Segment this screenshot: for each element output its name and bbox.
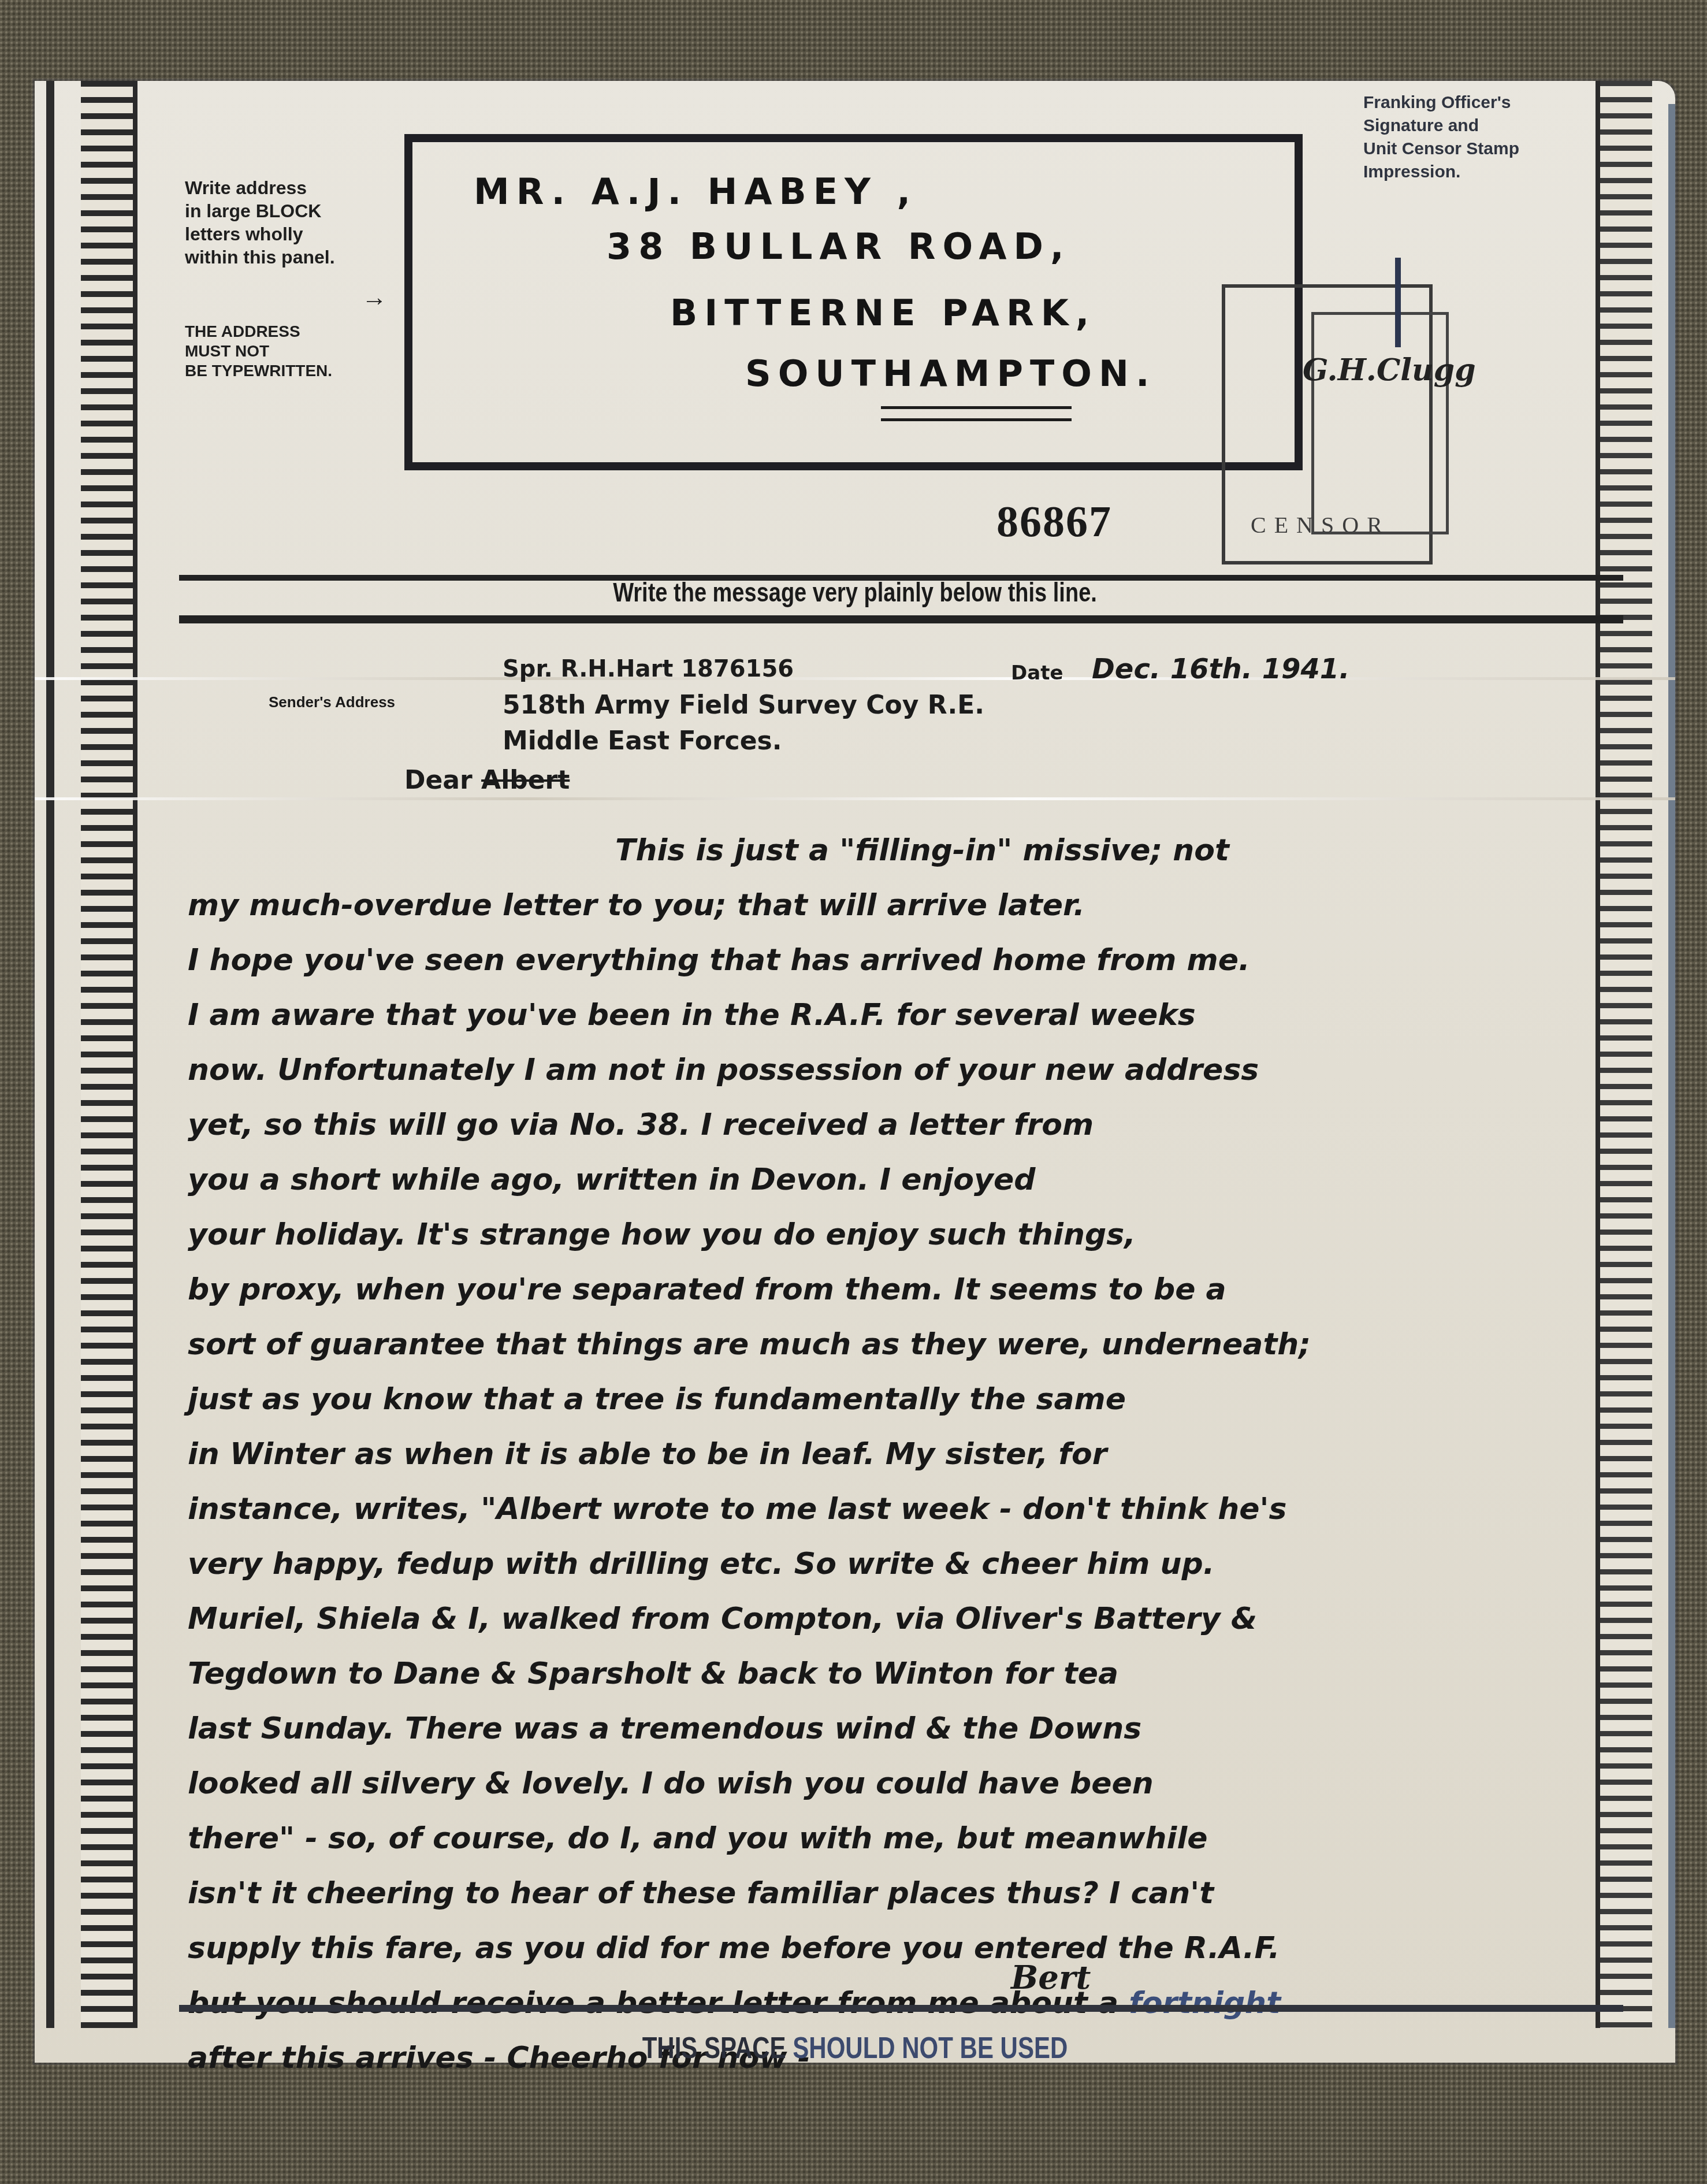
recipient-name: MR. A.J. HABEY , [474,170,917,213]
letter-line: there" - so, of course, do I, and you wi… [188,1811,1493,1866]
letter-line: supply this fare, as you did for me befo… [188,1921,1493,1976]
censor-label: CENSOR [1251,511,1390,538]
footer-note: THIS SPACE SHOULD NOT BE USED [35,2030,1675,2065]
letter-line: but you should receive a better letter f… [188,1976,1493,2031]
letter-body: This is just a "filling-in" missive; not… [188,823,1493,2086]
letter-line: last Sunday. There was a tremendous wind… [188,1702,1493,1756]
letter-line: sort of guarantee that things are much a… [188,1317,1493,1372]
letter-line: in Winter as when it is able to be in le… [188,1427,1493,1482]
footer-note-part1: THIS SPACE [642,2030,793,2064]
letter-line: Muriel, Shiela & I, walked from Compton,… [188,1592,1493,1647]
town-double-underline [881,406,1072,421]
warning-line: MUST NOT [185,341,387,361]
franking-line: Franking Officer's [1363,91,1554,114]
franking-note: Franking Officer's Signature and Unit Ce… [1363,91,1554,184]
sender-address: 518th Army Field Survey Coy R.E. Middle … [503,688,984,759]
franking-line: Signature and [1363,114,1554,138]
letter-date: Dec. 16th. 1941. [1092,653,1349,685]
letter-line: yet, so this will go via No. 38. I recei… [188,1098,1493,1153]
letter-line: by proxy, when you're separated from the… [188,1262,1493,1317]
date-label: Date [1011,662,1063,685]
letter-line: you a short while ago, written in Devon.… [188,1153,1493,1208]
ladder-border-left [81,81,137,2028]
serial-number: 86867 [996,497,1112,547]
censor-stamp-inner [1311,312,1449,534]
letter-line: my much-overdue letter to you; that will… [188,878,1493,933]
censor-signature: G.H.Clugg [1303,352,1476,388]
recipient-street: 38 BULLAR ROAD, [607,225,1071,268]
instruction-line: within this panel. [185,246,387,269]
sheet-edge-left [46,81,54,2028]
letter-line: I hope you've seen everything that has a… [188,933,1493,988]
instruction-line: letters wholly [185,222,387,246]
warning-line: BE TYPEWRITTEN. [185,361,387,381]
letter-line: isn't it cheering to hear of these famil… [188,1866,1493,1921]
salutation: Dear Albert [404,766,570,795]
letter-line: very happy, fedup with drilling etc. So … [188,1537,1493,1592]
letter-line-text: but you should receive a better letter f… [188,1986,1118,2020]
letter-line: This is just a "filling-in" missive; not [188,823,1493,878]
blue-ink-word: fortnight [1129,1986,1281,2020]
letter-line: Tegdown to Dane & Sparsholt & back to Wi… [188,1647,1493,1702]
salutation-name: Albert [481,766,570,795]
letter-line: I am aware that you've been in the R.A.F… [188,988,1493,1043]
right-arrow-icon: → [185,286,387,309]
salutation-prefix: Dear [404,766,481,795]
recipient-town: SOUTHAMPTON. [745,352,1156,395]
address-instructions: Write address in large BLOCK letters who… [185,176,387,381]
letter-line: looked all silvery & lovely. I do wish y… [188,1756,1493,1811]
airgraph-sheet: Write address in large BLOCK letters who… [35,81,1675,2063]
franking-line: Unit Censor Stamp [1363,138,1554,161]
ladder-border-right [1596,81,1652,2028]
sheet-edge-right [1668,104,1675,2028]
recipient-district: BITTERNE PARK, [670,292,1096,334]
divider-message-start [179,615,1623,623]
instruction-line: in large BLOCK [185,199,387,222]
warning-line: THE ADDRESS [185,322,387,341]
letter-line: now. Unfortunately I am not in possessio… [188,1043,1493,1098]
letter-line: your holiday. It's strange how you do en… [188,1208,1493,1262]
sender-name: Spr. R.H.Hart 1876156 [503,656,794,682]
divider-bottom [179,2005,1623,2012]
footer-note-part2: SHOULD NOT BE USED [793,2030,1068,2064]
censor-pen-mark [1395,258,1401,347]
letter-line: instance, writes, "Albert wrote to me la… [188,1482,1493,1537]
instruction-line: Write address [185,176,387,199]
sender-address-label: Sender's Address [269,693,395,711]
letter-line: just as you know that a tree is fundamen… [188,1372,1493,1427]
fold-crease [35,797,1675,800]
fold-crease [35,677,1675,680]
write-message-instruction: Write the message very plainly below thi… [35,579,1675,609]
franking-line: Impression. [1363,161,1554,184]
signature: Bert [1011,1959,1091,1997]
